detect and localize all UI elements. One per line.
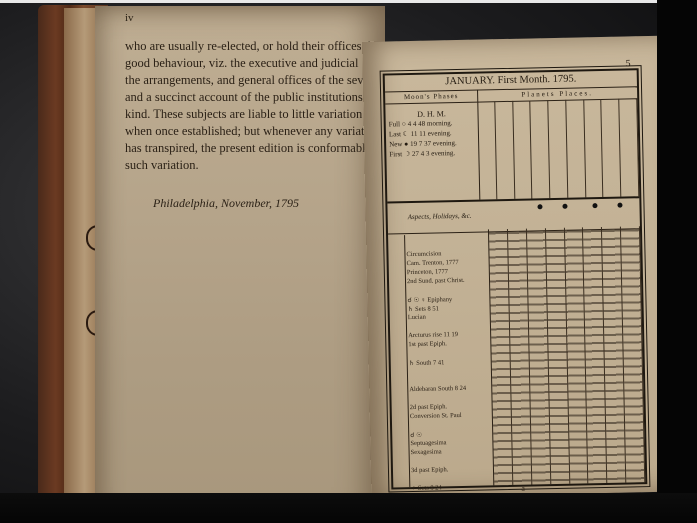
signature-date: Philadelphia, November, 1795 [153,196,299,211]
event: ♄ Sets 8 51 [408,304,439,313]
planets-places-section: Planets Places. [477,86,639,199]
page-number: 5 [625,56,630,72]
text-line: the arrangements, and general offices of… [125,72,375,89]
right-page: JANUARY. First Month. 1795. 5 Moon's Pha… [362,36,671,498]
background-shadow [657,0,697,523]
moon-phases-header: Moon's Phases [385,90,477,105]
event: Septuagesima [410,439,446,447]
event: Lucian [408,314,426,321]
event: 1st past Epiph. [408,340,447,348]
page-number: iv [125,12,134,24]
month-title-text: JANUARY. First Month. 1795. [445,74,576,88]
event: Cam. Trenton, 1777 [407,259,459,267]
almanac-table: JANUARY. First Month. 1795. 5 Moon's Pha… [383,68,648,489]
event: ♄ South 7 41 [409,358,445,367]
event: Arcturus rise 11 19 [408,331,458,339]
signature-mark: a [521,484,525,493]
moon-dot-icon [592,203,597,208]
daily-table: Circumcision Cam. Trenton, 1777 Princeto… [388,226,645,487]
text-line: good behaviour, viz. the executive and j… [125,55,375,72]
text-line: when once established; but whenever any … [125,123,375,140]
moon-dot-icon [537,204,542,209]
events-column: Circumcision Cam. Trenton, 1777 Princeto… [406,249,486,251]
event: 2nd Sund. past Christ. [407,277,465,285]
event: 3d past Epiph. [411,466,449,474]
text-line: kind. These subjects are liable to littl… [125,106,375,123]
text-line: has transpired, the present edition is c… [125,140,375,157]
top-border [0,0,697,3]
text-line: and a succinct account of the public ins… [125,89,375,106]
event: Princeton, 1777 [407,268,448,276]
phase-row: First ☽ 27 4 3 evening. [386,148,478,160]
left-page: iv who are usually re-elected, or hold t… [95,6,385,523]
event: ♀ Sets 8 24 [411,484,441,492]
moon-dot-icon [562,204,567,209]
event: ☌ ☉ ♀ Epiphany [407,295,452,304]
text-line: who are usually re-elected, or hold thei… [125,38,375,55]
background-shadow-bottom [0,493,697,523]
ephemeris-number-columns [488,226,645,485]
event: ☌ ☉ [410,431,422,439]
preface-text: who are usually re-elected, or hold thei… [125,38,375,174]
event: Aldebaran South 8 24 [409,385,466,393]
moon-phases-section: Moon's Phases D. H. M. Full ○ 4 4 48 mor… [385,90,480,202]
aspects-header: Aspects, Holidays, &c. [408,212,472,221]
event: 2d past Epiph. [410,403,448,411]
event: Sexagesima [411,448,442,456]
planet-columns [477,98,639,199]
event: Circumcision [406,250,441,258]
text-line: such variation. [125,157,375,174]
page-edges [64,8,98,523]
moon-dot-icon [617,203,622,208]
event: Conversion St. Paul [410,412,462,420]
